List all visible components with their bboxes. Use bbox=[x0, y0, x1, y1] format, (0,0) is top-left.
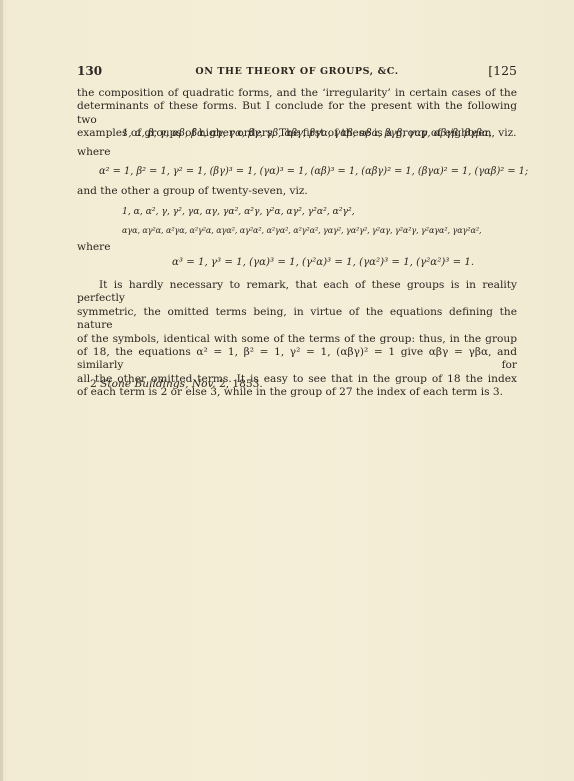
text-line: of 18, the equations α² = 1, β² = 1, γ² … bbox=[77, 346, 517, 373]
address-place: Stone Buildings, bbox=[100, 378, 188, 390]
book-page: 130 ON THE THEORY OF GROUPS, &C. [125 th… bbox=[0, 0, 574, 781]
text-line: symmetric, the omitted terms being, in v… bbox=[77, 306, 517, 333]
text-line: of the symbols, identical with some of t… bbox=[77, 333, 517, 346]
text-line: determinants of these forms. But I concl… bbox=[77, 100, 517, 127]
address-number: 2 bbox=[90, 378, 97, 390]
where-label: where bbox=[77, 146, 517, 159]
group-27-elements-line2: αγα, αγ²α, α²γα, α²γ²α, αγα², αγ²α², α²γ… bbox=[122, 225, 481, 235]
original-page-reference: [125 bbox=[488, 63, 517, 79]
running-header: 130 ON THE THEORY OF GROUPS, &C. [125 bbox=[77, 63, 517, 79]
group-27-intro: and the other a group of twenty-seven, v… bbox=[77, 185, 517, 198]
page-edge-shadow bbox=[0, 0, 3, 781]
signature-dateline: 2 Stone Buildings, Nov. 2, 1853. bbox=[90, 378, 263, 390]
group-18-elements: 1, α, β, γ, αβ, βα, αγ, γα, βγ, γβ, αβγ,… bbox=[122, 128, 492, 139]
date-month: Nov. bbox=[192, 378, 216, 390]
date-rest: 2, 1853. bbox=[219, 378, 263, 390]
text-line: the composition of quadratic forms, and … bbox=[77, 87, 517, 100]
group-27-elements-line1: 1, α, α², γ, γ², γα, αγ, γα², α²γ, γ²α, … bbox=[122, 206, 355, 217]
group-27-relations: α³ = 1, γ³ = 1, (γα)³ = 1, (γ²α)³ = 1, (… bbox=[172, 257, 474, 268]
running-title: ON THE THEORY OF GROUPS, &C. bbox=[77, 64, 517, 80]
group-18-relations: α² = 1, β² = 1, γ² = 1, (βγ)³ = 1, (γα)³… bbox=[99, 166, 528, 177]
where-label: where bbox=[77, 241, 517, 254]
text-line: It is hardly necessary to remark, that e… bbox=[77, 279, 517, 306]
